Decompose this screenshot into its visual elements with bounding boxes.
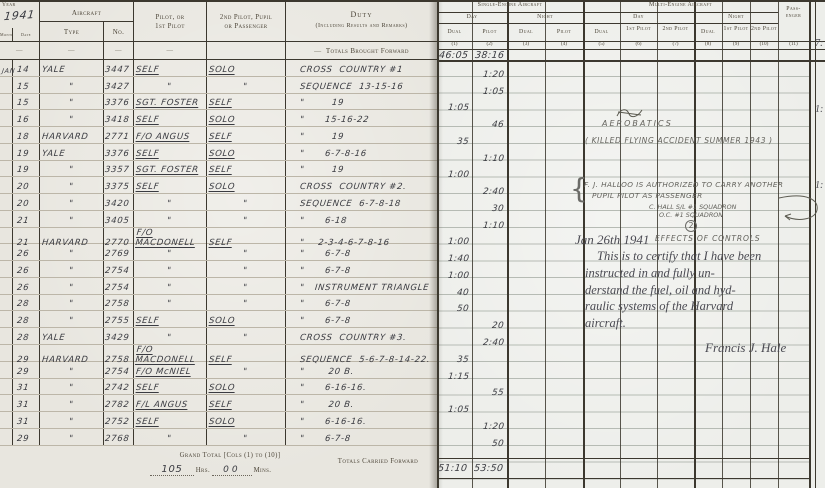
authorization-signature2: O.C. #1 SQUADRON	[659, 211, 723, 219]
pilot-cell: F/O MACDONELL	[134, 228, 207, 249]
duty-cell: SEQUENCE 13-15-16	[286, 77, 437, 93]
dual-time-cell: 35	[437, 348, 472, 365]
table-row: 15"3376SGT. FOSTERSELF" 19	[0, 94, 437, 111]
no-cell: 2768	[104, 429, 134, 445]
col-rule	[507, 0, 509, 488]
pilot-cell: "	[134, 211, 207, 227]
table-row: 20"3420""SEQUENCE 6-7-8-18	[0, 194, 437, 211]
duty-cell: " 6-16-16.	[286, 379, 437, 395]
scribble-mark	[615, 106, 645, 120]
pilot-cell: SELF	[134, 311, 207, 327]
month-col-label: Month	[0, 28, 13, 42]
bf-dash-date: —	[0, 42, 40, 60]
flight-entries-table: JAN14YALE3447SELFSOLOCROSS COUNTRY #115"…	[0, 60, 437, 446]
type-cell: "	[40, 194, 104, 210]
table-row: 19"3357SGT. FOSTERSELF" 19	[0, 161, 437, 178]
date-note: Jan 26th 1941	[575, 232, 649, 248]
pilot-cell: SELF	[134, 412, 207, 428]
col-second-pilot-label: 2nd Pilot	[750, 26, 778, 33]
pilot2-cell: SELF	[207, 161, 286, 177]
col-rule	[545, 0, 546, 488]
no-cell: 3375	[104, 177, 134, 193]
year-value: 1941	[0, 8, 40, 24]
pilot-cell: F/O MACDONELL	[134, 345, 207, 366]
pilot-cell: SELF	[134, 60, 207, 76]
grand-total-label: Grand Total [Cols (1) to (10)]	[135, 452, 325, 459]
pilot-time-cell	[472, 247, 507, 264]
col-number: (7)	[657, 41, 694, 49]
month-cell	[0, 110, 13, 126]
table-row: 31"2782F/L ANGUSSELF" 20 B.	[0, 395, 437, 412]
pilot-time-cell	[472, 348, 507, 365]
pilot2-cell: "	[207, 328, 286, 344]
col-rule	[657, 0, 658, 488]
pilot-time-cell: 55	[472, 382, 507, 399]
pilot-time-cell: 46	[472, 113, 507, 130]
multi-engine-label: Multi-Engine Aircraft	[583, 2, 778, 9]
month-cell	[0, 144, 13, 160]
left-header: Year 1941 Month Date Aircraft Type No. P…	[0, 0, 437, 60]
aircraft-group-label: Aircraft	[40, 0, 134, 22]
effects-number-badge: 2	[685, 220, 697, 232]
no-cell: 2771	[104, 127, 134, 143]
pilot2-cell: SOLO	[207, 60, 286, 76]
duty-cell: " 6-16-16.	[286, 412, 437, 428]
edge-fragment: 1:	[815, 180, 823, 191]
pilot2-cell: SOLO	[207, 379, 286, 395]
duty-cell: CROSS COUNTRY #3.	[286, 328, 437, 344]
table-row: 29HARVARD2758F/O MACDONELLSELFSEQUENCE 5…	[0, 345, 437, 362]
no-cell: 3405	[104, 211, 134, 227]
table-row: 28"2755SELFSOLO" 6-7-8	[0, 311, 437, 328]
bf-dash-pilot2	[207, 42, 286, 60]
authorization-note-line1: F. J. HALLOO IS AUTHORIZED TO CARRY ANOT…	[584, 180, 783, 189]
brought-forward-label: — Totals Brought Forward	[286, 42, 437, 60]
month-cell: JAN	[0, 60, 13, 76]
date-cell: 28	[13, 311, 40, 327]
totals-rule-bottom	[437, 478, 809, 479]
col-dual-label: Dual	[583, 29, 620, 36]
dual-time-cell: 1:05	[437, 398, 472, 415]
dual-time-cell: 50	[437, 298, 472, 315]
pilot-time-cell: 1:10	[472, 214, 507, 231]
bf-dash-pilot: —	[134, 42, 207, 60]
carried-forward-label: Totals Carried Forward	[323, 458, 433, 465]
authorization-signature1: C. HALL S/L #1 SQUADRON	[649, 203, 736, 211]
date-col-label: Date	[13, 28, 40, 42]
col-number: (5)	[583, 41, 620, 49]
month-cell	[0, 412, 13, 428]
pilot-time-cell: 50	[472, 432, 507, 449]
pilot-cell: SGT. FOSTER	[134, 161, 207, 177]
col-dual-label: Dual	[437, 29, 472, 36]
no-cell: 2754	[104, 261, 134, 277]
table-row: JAN14YALE3447SELFSOLOCROSS COUNTRY #1	[0, 60, 437, 77]
logbook-scan: Year 1941 Month Date Aircraft Type No. P…	[0, 0, 825, 488]
pilot-time-cell	[472, 281, 507, 298]
col-rule	[694, 0, 696, 488]
pilot-cell: SELF	[134, 110, 207, 126]
month-cell	[0, 194, 13, 210]
date-cell: 19	[13, 161, 40, 177]
pilot2-cell: SELF	[207, 127, 286, 143]
no-cell: 3427	[104, 77, 134, 93]
month-cell	[0, 161, 13, 177]
col-number: (9)	[722, 41, 750, 49]
month-cell	[0, 177, 13, 193]
effects-of-controls-note: EFFECTS OF CONTROLS	[655, 234, 760, 243]
col-number: (8)	[694, 41, 722, 49]
edge-fragment: 1:	[815, 104, 823, 115]
left-footer: Grand Total [Cols (1) to (10)] 105 Hrs. …	[0, 446, 437, 488]
month-cell	[0, 261, 13, 277]
duty-cell: " 20 B.	[286, 395, 437, 411]
authorization-note-line2: PUPIL PILOT AS PASSENGER	[592, 191, 703, 200]
pilot2-cell: "	[207, 261, 286, 277]
pilot-cell: F/L ANGUS	[134, 395, 207, 411]
total-pilot-value: 53:50	[473, 463, 504, 474]
pilot-time-cell	[472, 398, 507, 415]
table-row: 28YALE3429""CROSS COUNTRY #3.	[0, 328, 437, 345]
date-cell: 31	[13, 395, 40, 411]
no-cell: 2742	[104, 379, 134, 395]
duty-cell: " 19	[286, 94, 437, 110]
no-cell: 3447	[104, 60, 134, 76]
date-cell: 26	[13, 278, 40, 294]
mins-label: Mins.	[254, 467, 272, 474]
month-cell	[0, 429, 13, 445]
pilot-time-cell	[472, 298, 507, 315]
date-cell: 20	[13, 177, 40, 193]
table-row: 21HARVARD2770F/O MACDONELLSELF" 2-3-4-6-…	[0, 228, 437, 245]
table-row: 15"3427""SEQUENCE 13-15-16	[0, 77, 437, 94]
type-cell: "	[40, 412, 104, 428]
type-cell: "	[40, 261, 104, 277]
column-numbers: (1)(2)(3)(4)(5)(6)(7)(8)(9)(10)(11)	[437, 41, 809, 49]
pilot-cell: "	[134, 429, 207, 445]
duty-cell: " 15-16-22	[286, 110, 437, 126]
pilot-time-column: 1:201:05461:102:40301:10202:40551:2050	[472, 60, 507, 446]
month-cell	[0, 278, 13, 294]
no-cell: 2755	[104, 311, 134, 327]
type-cell: "	[40, 295, 104, 311]
col-pilot-label: Pilot	[472, 29, 507, 36]
col-number: (4)	[545, 41, 583, 49]
pilot-time-cell: 30	[472, 197, 507, 214]
logbook-left-page: Year 1941 Month Date Aircraft Type No. P…	[0, 0, 437, 488]
logbook-right-page: Single-Engine Aircraft Multi-Engine Airc…	[437, 0, 825, 488]
dual-time-cell: 1:15	[437, 365, 472, 382]
pilot-cell: "	[134, 194, 207, 210]
type-cell: "	[40, 379, 104, 395]
dual-time-cell	[437, 63, 472, 80]
pilot2-cell: SELF	[207, 395, 286, 411]
pilot-time-cell: 1:20	[472, 63, 507, 80]
pilot2-cell: "	[207, 295, 286, 311]
type-cell: "	[40, 110, 104, 126]
duty-cell: " INSTRUMENT TRIANGLE	[286, 278, 437, 294]
no-cell: 2752	[104, 412, 134, 428]
dual-time-cell: 1:05	[437, 97, 472, 114]
type-cell: "	[40, 177, 104, 193]
month-cell	[0, 395, 13, 411]
duty-col-label: Duty (Including Results and Remarks)	[286, 0, 437, 42]
table-row: 20"3375SELFSOLOCROSS COUNTRY #2.	[0, 177, 437, 194]
pilot-time-cell	[472, 130, 507, 147]
col-rule	[778, 0, 779, 488]
no-cell: 2758	[104, 295, 134, 311]
date-cell: 19	[13, 144, 40, 160]
pilot2-cell: SOLO	[207, 412, 286, 428]
hdr-rule	[437, 12, 778, 13]
table-row: 26"2754""" INSTRUMENT TRIANGLE	[0, 278, 437, 295]
month-cell	[0, 295, 13, 311]
no-cell: 3429	[104, 328, 134, 344]
page-edge-rule	[809, 0, 816, 488]
month-cell	[0, 328, 13, 344]
no-cell: 3357	[104, 161, 134, 177]
no-cell: 3376	[104, 144, 134, 160]
duty-cell: CROSS COUNTRY #1	[286, 60, 437, 76]
col-rule	[750, 0, 751, 488]
totals-rule-top	[437, 458, 809, 459]
col-dual-label: Dual	[507, 29, 545, 36]
dual-time-cell	[437, 382, 472, 399]
no-col-label: No.	[104, 22, 134, 42]
table-row: 31"2742SELFSOLO" 6-16-16.	[0, 379, 437, 396]
month-cell	[0, 379, 13, 395]
type-cell: "	[40, 77, 104, 93]
date-cell: 15	[13, 77, 40, 93]
me-night-label: Night	[694, 14, 778, 21]
type-col-label: Type	[40, 22, 104, 42]
duty-cell: CROSS COUNTRY #2.	[286, 177, 437, 193]
type-cell: YALE	[40, 60, 104, 76]
date-cell: 29	[13, 429, 40, 445]
type-cell: "	[40, 395, 104, 411]
col-number: (10)	[750, 41, 778, 49]
table-row: 19YALE3376SELFSOLO" 6-7-8-16	[0, 144, 437, 161]
col-first-pilot-label: 1st Pilot	[620, 26, 657, 33]
date-cell: 31	[13, 412, 40, 428]
dual-time-cell	[437, 80, 472, 97]
pilot2-cell: "	[207, 194, 286, 210]
pilot2-cell: SOLO	[207, 144, 286, 160]
col-number: (6)	[620, 41, 657, 49]
pilot-time-cell: 1:20	[472, 415, 507, 432]
col-number: (2)	[472, 41, 507, 49]
pilot2-cell: "	[207, 429, 286, 445]
year-box: Year 1941	[0, 0, 40, 28]
dual-time-cell	[437, 147, 472, 164]
dual-time-cell: 1:00	[437, 264, 472, 281]
killed-flying-note: ( KILLED FLYING ACCIDENT SUMMER 1943 )	[585, 136, 773, 145]
pilot-time-cell: 2:40	[472, 331, 507, 348]
table-row: 21"3405""" 6-18	[0, 211, 437, 228]
dual-time-cell: 40	[437, 281, 472, 298]
arrow-swoosh	[777, 190, 823, 224]
type-cell: "	[40, 278, 104, 294]
duty-cell: SEQUENCE 5-6-7-8-14-22.	[286, 345, 437, 366]
month-cell	[0, 94, 13, 110]
col-number: (3)	[507, 41, 545, 49]
month-cell	[0, 127, 13, 143]
grand-total-mins: 00	[223, 465, 240, 475]
table-row: 26"2754""" 6-7-8	[0, 261, 437, 278]
pilot-cell: F/O ANGUS	[134, 127, 207, 143]
no-cell: 3418	[104, 110, 134, 126]
type-cell: "	[40, 211, 104, 227]
pilot-cell: SGT. FOSTER	[134, 94, 207, 110]
duty-cell: " 19	[286, 127, 437, 143]
pilot-cell: SELF	[134, 177, 207, 193]
col-second-pilot-label: 2nd Pilot	[657, 26, 694, 33]
pilot-time-cell: 2:40	[472, 180, 507, 197]
dual-time-cell	[437, 180, 472, 197]
signature: Francis J. Hale	[705, 340, 825, 356]
date-cell: 16	[13, 110, 40, 126]
month-cell	[0, 77, 13, 93]
grand-total-values: 105 Hrs. 00 Mins.	[150, 464, 340, 476]
date-cell: 20	[13, 194, 40, 210]
duty-cell: " 6-7-8-16	[286, 144, 437, 160]
no-cell: 3420	[104, 194, 134, 210]
duty-cell: " 19	[286, 161, 437, 177]
pilot-time-cell	[472, 365, 507, 382]
type-cell: YALE	[40, 144, 104, 160]
col-first-pilot-label: 1st Pilot	[722, 26, 750, 33]
pilot-cell: SELF	[134, 144, 207, 160]
col-rule	[722, 0, 723, 488]
pilot2-cell: "	[207, 211, 286, 227]
certification-note: This is to certify that I have been inst…	[585, 248, 825, 332]
month-cell	[0, 362, 13, 378]
dual-time-cell	[437, 331, 472, 348]
pilot2-cell: SELF	[207, 94, 286, 110]
bf-dash-no: —	[104, 42, 134, 60]
aerobatics-note: AEROBATICS	[602, 119, 673, 128]
pilot-col-label: Pilot, or 1st Pilot	[134, 0, 207, 42]
duty-cell: " 6-7-8	[286, 295, 437, 311]
month-cell	[0, 311, 13, 327]
type-cell: "	[40, 161, 104, 177]
pilot-cell: "	[134, 295, 207, 311]
dual-time-cell: 1:40	[437, 247, 472, 264]
month-cell	[0, 244, 13, 260]
date-cell: 14	[13, 60, 40, 76]
type-cell: YALE	[40, 328, 104, 344]
col-dual-label: Dual	[694, 29, 722, 36]
date-cell: 28	[13, 328, 40, 344]
me-day-label: Day	[583, 14, 694, 21]
pilot-time-cell: 1:05	[472, 80, 507, 97]
col-number: (1)	[437, 41, 472, 49]
pilot2-cell: "	[207, 77, 286, 93]
type-cell: "	[40, 429, 104, 445]
dual-time-cell	[437, 113, 472, 130]
month-cell	[0, 211, 13, 227]
single-engine-label: Single-Engine Aircraft	[437, 2, 583, 9]
hrs-label: Hrs.	[196, 467, 210, 474]
date-cell: 15	[13, 94, 40, 110]
date-cell: 18	[13, 127, 40, 143]
pilot-time-cell	[472, 97, 507, 114]
total-dual-value: 51:10	[437, 463, 468, 474]
pilot2-cell: SOLO	[207, 110, 286, 126]
type-cell: "	[40, 311, 104, 327]
dual-time-cell	[437, 314, 472, 331]
table-row: 31"2752SELFSOLO" 6-16-16.	[0, 412, 437, 429]
pilot-time-cell: 1:10	[472, 147, 507, 164]
duty-cell: SEQUENCE 6-7-8-18	[286, 194, 437, 210]
pilot-cell: "	[134, 328, 207, 344]
edge-fragment: 7:	[815, 38, 823, 49]
dual-time-cell: 1:00	[437, 164, 472, 181]
dual-time-cell	[437, 197, 472, 214]
table-row: 16"3418SELFSOLO" 15-16-22	[0, 110, 437, 127]
dual-time-cell	[437, 214, 472, 231]
pilot-time-cell	[472, 231, 507, 248]
pilot2-cell: SOLO	[207, 311, 286, 327]
date-cell: 26	[13, 261, 40, 277]
table-row: 28"2758""" 6-7-8	[0, 295, 437, 312]
no-cell: 2754	[104, 278, 134, 294]
hdr-rule	[437, 23, 778, 24]
col-pilot-label: Pilot	[545, 29, 583, 36]
pilot-time-cell	[472, 164, 507, 181]
pilot2-cell: SOLO	[207, 177, 286, 193]
type-cell: "	[40, 94, 104, 110]
pilot-cell: "	[134, 278, 207, 294]
pilot-cell: SELF	[134, 379, 207, 395]
table-row: 18HARVARD2771F/O ANGUSSELF" 19	[0, 127, 437, 144]
dual-time-cell	[437, 415, 472, 432]
grand-total-hours: 105	[161, 464, 182, 475]
pilot-time-cell	[472, 264, 507, 281]
dual-time-column: 1:05351:001:001:401:004050351:151:05	[437, 60, 472, 446]
pilot-cell: "	[134, 77, 207, 93]
no-cell: 2782	[104, 395, 134, 411]
type-cell: HARVARD	[40, 127, 104, 143]
se-night-label: Night	[507, 14, 583, 21]
duty-cell: " 6-18	[286, 211, 437, 227]
dual-time-cell	[437, 432, 472, 449]
se-day-label: Day	[437, 14, 507, 21]
pilot-time-cell: 20	[472, 314, 507, 331]
pilot2-cell: "	[207, 278, 286, 294]
table-row: 29"2768""" 6-7-8	[0, 429, 437, 446]
date-cell: 21	[13, 211, 40, 227]
pilot-cell: "	[134, 261, 207, 277]
col-number: (11)	[778, 41, 809, 49]
duty-cell: " 6-7-8	[286, 429, 437, 445]
dual-time-cell: 35	[437, 130, 472, 147]
date-cell: 31	[13, 379, 40, 395]
duty-cell: " 6-7-8	[286, 311, 437, 327]
date-cell: 28	[13, 295, 40, 311]
duty-cell: " 6-7-8	[286, 261, 437, 277]
passenger-label: Pass- enger	[778, 6, 809, 19]
dual-time-cell: 1:00	[437, 231, 472, 248]
no-cell: 3376	[104, 94, 134, 110]
bf-dash-type: —	[40, 42, 104, 60]
second-pilot-col-label: 2nd Pilot, Pupil or Passenger	[207, 0, 286, 42]
